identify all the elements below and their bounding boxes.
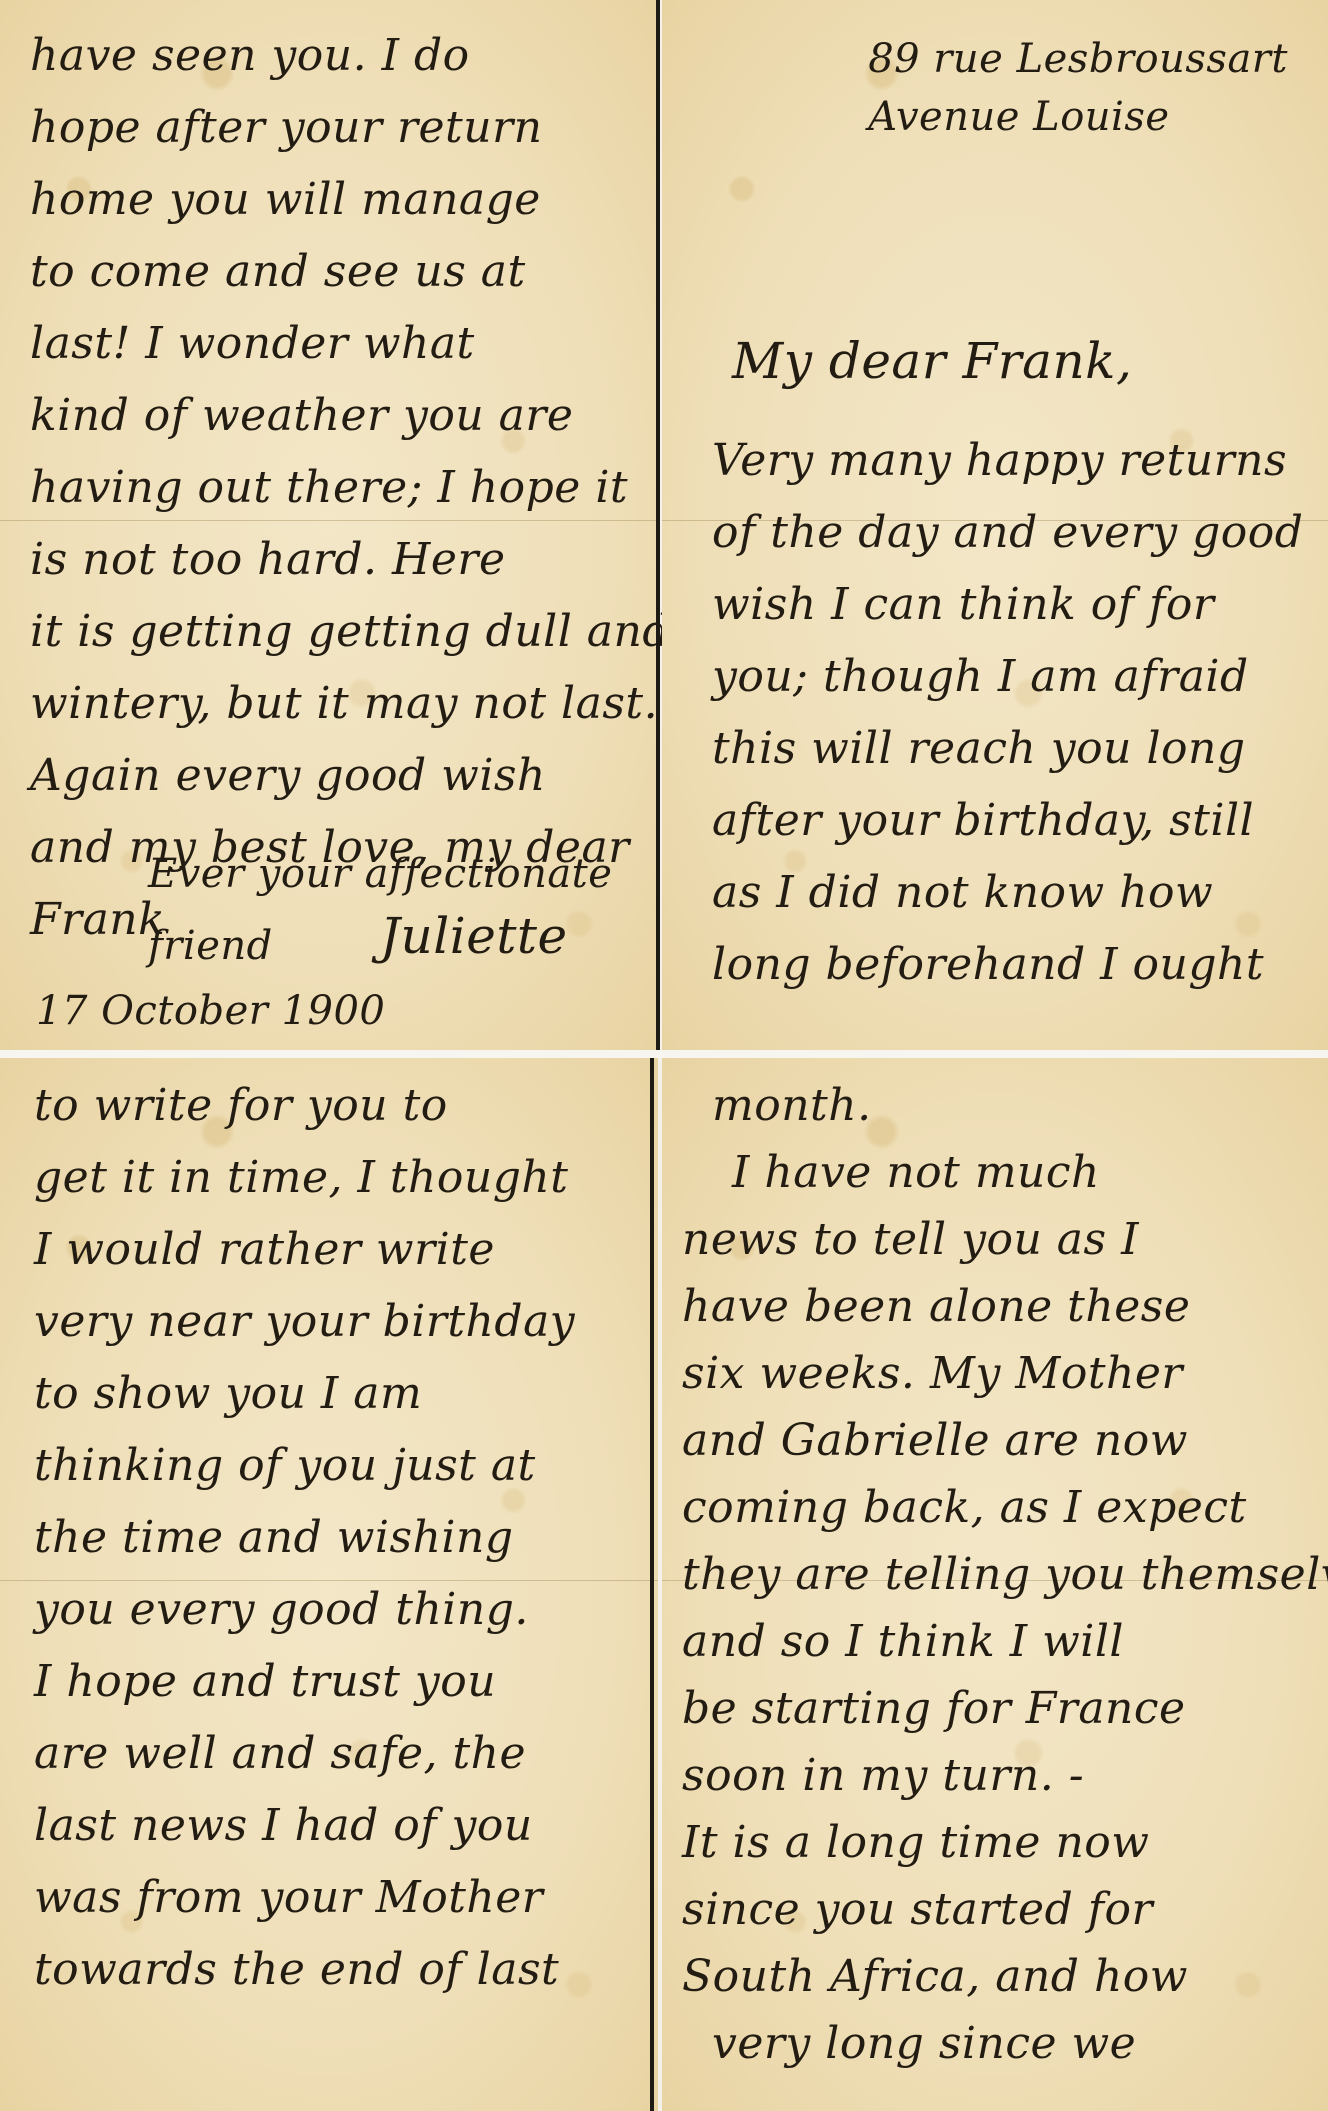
text-line: month.	[682, 1072, 1304, 1139]
text-line: news to tell you as I	[682, 1206, 1304, 1273]
text-line: it is getting getting dull and	[30, 596, 634, 668]
text-line: Again every good wish	[30, 740, 634, 812]
letter-page-bottom-right: month. I have not much news to tell you …	[662, 1058, 1328, 2111]
text-line: coming back, as I expect	[682, 1474, 1304, 1541]
text-line: last! I wonder what	[30, 308, 634, 380]
text-line: to show you I am	[34, 1358, 634, 1430]
text-line: very near your birthday	[34, 1286, 634, 1358]
text-line: hope after your return	[30, 92, 634, 164]
text-line: get it in time, I thought	[34, 1142, 634, 1214]
text-line: six weeks. My Mother	[682, 1340, 1304, 1407]
text-line: soon in my turn. -	[682, 1742, 1304, 1809]
text-line: after your birthday, still	[712, 785, 1304, 857]
page-body: Very many happy returns of the day and e…	[712, 425, 1304, 1001]
text-line: long beforehand I ought	[712, 929, 1304, 1001]
sender-address: 89 rue Lesbroussart Avenue Louise	[868, 30, 1288, 146]
letter-page-top-right: 89 rue Lesbroussart Avenue Louise My dea…	[662, 0, 1328, 1050]
page-body: to write for you to get it in time, I th…	[34, 1070, 634, 2006]
letter-page-bottom-left: to write for you to get it in time, I th…	[0, 1058, 658, 2111]
text-line: is not too hard. Here	[30, 524, 634, 596]
address-line: 89 rue Lesbroussart	[868, 30, 1288, 88]
text-line: are well and safe, the	[34, 1718, 634, 1790]
text-line: I hope and trust you	[34, 1646, 634, 1718]
page-gap	[0, 1050, 1328, 1058]
text-line: and so I think I will	[682, 1608, 1304, 1675]
text-line: having out there; I hope it	[30, 452, 634, 524]
page-seam	[650, 1058, 654, 2111]
text-line: last news I had of you	[34, 1790, 634, 1862]
text-line: kind of weather you are	[30, 380, 634, 452]
text-line: to write for you to	[34, 1070, 634, 1142]
letter-page-top-left: have seen you. I do hope after your retu…	[0, 0, 658, 1050]
address-line: Avenue Louise	[868, 88, 1288, 146]
text-line: South Africa, and how	[682, 1943, 1304, 2010]
letter-date: 17 October 1900	[36, 975, 385, 1047]
text-line: you; though I am afraid	[712, 641, 1304, 713]
text-line: very long since we	[682, 2010, 1304, 2077]
text-line: since you started for	[682, 1876, 1304, 1943]
text-line: and Gabrielle are now	[682, 1407, 1304, 1474]
signature: Juliette	[380, 900, 568, 972]
text-line: be starting for France	[682, 1675, 1304, 1742]
text-line: wintery, but it may not last.	[30, 668, 634, 740]
page-seam	[656, 0, 660, 1050]
page-body: month. I have not much news to tell you …	[682, 1072, 1304, 2077]
text-line: this will reach you long	[712, 713, 1304, 785]
text-line: have been alone these	[682, 1273, 1304, 1340]
text-line: of the day and every good	[712, 497, 1304, 569]
text-line: I have not much	[682, 1139, 1304, 1206]
text-line: towards the end of last	[34, 1934, 634, 2006]
text-line: I would rather write	[34, 1214, 634, 1286]
text-line: you every good thing.	[34, 1574, 634, 1646]
text-line: the time and wishing	[34, 1502, 634, 1574]
text-line: was from your Mother	[34, 1862, 634, 1934]
page-body: have seen you. I do hope after your retu…	[30, 20, 634, 956]
salutation: My dear Frank,	[732, 325, 1132, 397]
text-line: Very many happy returns	[712, 425, 1304, 497]
text-line: to come and see us at	[30, 236, 634, 308]
text-line: have seen you. I do	[30, 20, 634, 92]
text-line: thinking of you just at	[34, 1430, 634, 1502]
text-line: It is a long time now	[682, 1809, 1304, 1876]
text-line: as I did not know how	[712, 857, 1304, 929]
text-line: wish I can think of for	[712, 569, 1304, 641]
text-line: home you will manage	[30, 164, 634, 236]
text-line: they are telling you themselves;	[682, 1541, 1304, 1608]
